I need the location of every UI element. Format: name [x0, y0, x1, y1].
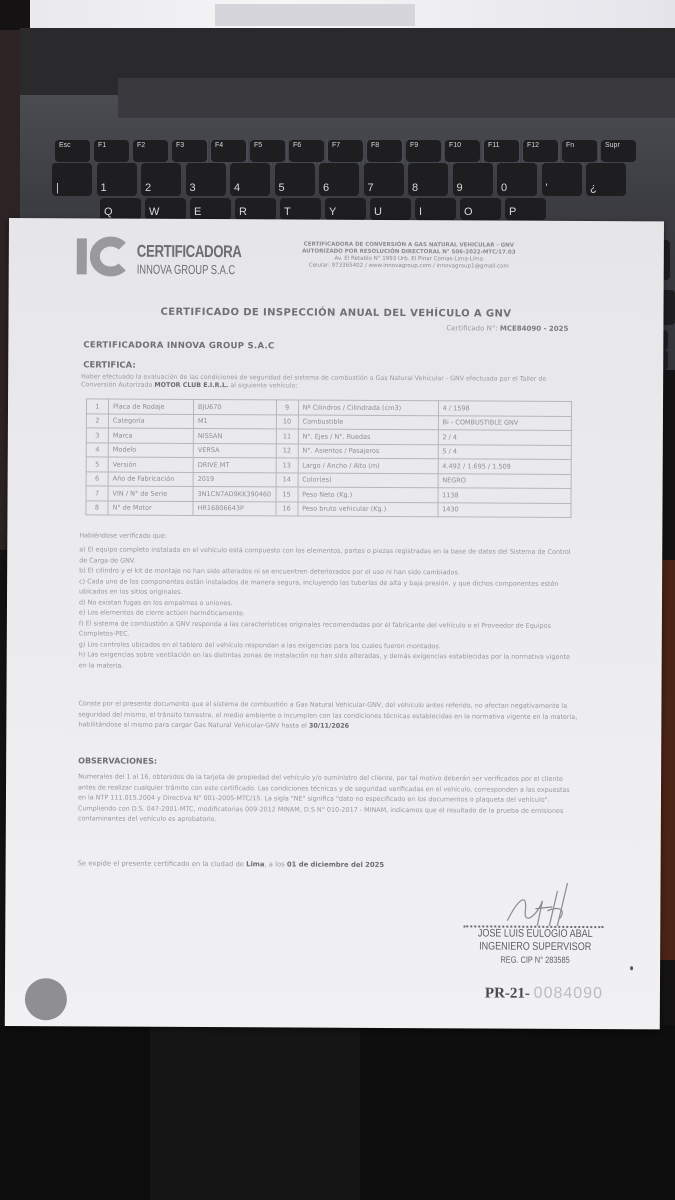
- issued-date: 01 de diciembre del 2025: [287, 860, 384, 869]
- vehicle-data-table: 1Placa de RodajeBJU6709Nº Cilindros / Ci…: [85, 398, 572, 518]
- keyboard-key: F7: [328, 140, 363, 162]
- keyboard-key: U: [370, 198, 411, 220]
- intro-text-end: al siguiente vehículo:: [228, 382, 297, 389]
- issued-text-mid: , a los: [264, 860, 286, 868]
- table-cell-n2: 10: [276, 414, 298, 429]
- table-cell-value2: 4 / 1598: [438, 401, 571, 416]
- table-cell-n1: 1: [86, 399, 108, 414]
- keyboard-key: 9: [453, 163, 493, 196]
- certificate-number: Certificado N°: MCE84090 - 2025: [446, 324, 568, 333]
- certifica-heading: CERTIFICA:: [83, 360, 136, 370]
- ig-logo-icon: [77, 236, 135, 276]
- table-cell-n1: 4: [86, 442, 108, 457]
- signer-stamp: JOSE LUIS EULOGIO ABAL INGENIERO SUPERVI…: [469, 927, 600, 966]
- table-cell-value1: DRIVE MT: [193, 457, 276, 472]
- keyboard-key: P: [505, 198, 546, 220]
- punch-hole: [25, 978, 67, 1020]
- serial-number: PR-21- 0084090: [485, 985, 603, 1004]
- table-cell-value2: Bi - COMBUSTIBLE GNV: [438, 415, 571, 430]
- keyboard-key: F3: [172, 140, 207, 162]
- keyboard-key: F9: [406, 140, 441, 162]
- table-cell-n2: 11: [276, 429, 298, 444]
- certificate-label: Certificado N°:: [446, 324, 497, 332]
- header-info: CERTIFICADORA DE CONVERSIÓN A GAS NATURA…: [264, 241, 554, 271]
- table-cell-n2: 9: [276, 400, 298, 415]
- table-cell-label1: Modelo: [108, 443, 193, 458]
- keyboard-key: ': [542, 163, 582, 196]
- table-cell-value1: NISSAN: [193, 428, 276, 443]
- keyboard-key: O: [460, 198, 501, 220]
- observations-heading: OBSERVACIONES:: [78, 756, 157, 765]
- company-name: CERTIFICADORA INNOVA GROUP S.A.C: [83, 340, 274, 351]
- table-cell-label1: VIN / N° de Serie: [108, 486, 193, 501]
- validity-paragraph: Conste por el presente documento que el …: [78, 698, 578, 732]
- keyboard-key: R: [235, 198, 276, 220]
- issued-text: Se expide el presente certificado en la …: [78, 859, 247, 868]
- keyboard-key: I: [415, 198, 456, 220]
- keyboard-key: |: [52, 163, 92, 196]
- table-cell-value2: 1430: [438, 502, 571, 517]
- paper-speck: [630, 966, 633, 970]
- emissions-text: Cumpliendo con D.S. 047-2001-MTC, modifi…: [78, 803, 578, 827]
- table-cell-n2: 13: [276, 458, 298, 473]
- keyboard-key: 4: [230, 163, 270, 196]
- keyboard-key: F5: [250, 140, 285, 162]
- verification-heading: Habiéndose verificado que:: [79, 530, 579, 543]
- keyboard-key: 5: [275, 163, 315, 196]
- intro-text: Haber efectuado la evaluación de las con…: [81, 373, 546, 388]
- table-cell-value1: 3N1CN7AD9KK390460: [193, 486, 276, 501]
- table-cell-value2: 1138: [438, 488, 571, 503]
- table-cell-label2: Peso bruto vehicular (Kg.): [298, 502, 438, 517]
- table-cell-value1: HR16806643P: [193, 501, 276, 516]
- signer-role: INGENIERO SUPERVISOR: [470, 940, 601, 954]
- keyboard-key: Supr: [601, 140, 636, 162]
- table-cell-n2: 16: [276, 501, 298, 516]
- signer-registration: REG. CIP N° 283585: [469, 953, 600, 966]
- table-cell-label1: Categoría: [108, 414, 193, 429]
- observations-text: Numerales del 1 al 16, obtenidos de la t…: [78, 771, 578, 805]
- laptop-screen-edge: [30, 0, 675, 30]
- keyboard-key: F4: [211, 140, 246, 162]
- laptop-hinge: [118, 78, 675, 118]
- list-item: a) El equipo completo instalado en el ve…: [79, 544, 579, 568]
- header-line: Celular: 973365402 / www.innovagroup.com…: [264, 262, 554, 271]
- keyboard-key: 6: [319, 163, 359, 196]
- table-cell-value2: 5 / 4: [438, 444, 571, 459]
- taskbar-icons: [215, 4, 415, 26]
- gnv-certificate-document: CERTIFICADORA INNOVA GROUP S.A.C CERTIFI…: [5, 218, 664, 1029]
- document-title: CERTIFICADO DE INSPECCIÓN ANUAL DEL VEHÍ…: [8, 306, 663, 320]
- table-cell-n1: 3: [86, 428, 108, 443]
- table-cell-label1: Versión: [108, 457, 193, 472]
- serial-prefix: PR-21-: [485, 986, 530, 1002]
- table-cell-value2: 2 / 4: [438, 430, 571, 445]
- observations-body: Numerales del 1 al 16, obtenidos de la t…: [78, 771, 578, 826]
- verification-list: a) El equipo completo instalado en el ve…: [79, 544, 580, 673]
- table-cell-n1: 6: [86, 471, 108, 486]
- table-cell-label2: N°. Asientos / Pasajeros: [298, 444, 438, 459]
- company-logo: CERTIFICADORA INNOVA GROUP S.A.C: [77, 233, 242, 284]
- table-cell-label2: N°. Ejes / N°. Ruedas: [298, 429, 438, 444]
- keyboard-key: Fn: [562, 140, 597, 162]
- workshop-name: MOTOR CLUB E.I.R.L.: [154, 382, 228, 389]
- table-cell-label2: Nº Cilindros / Cilindrada (cm3): [298, 400, 438, 415]
- keyboard-key: ¿: [586, 163, 626, 196]
- keyboard-key: F10: [445, 140, 480, 162]
- dark-surface: [0, 1025, 675, 1200]
- keyboard-key: F6: [289, 140, 324, 162]
- table-cell-n1: 5: [86, 457, 108, 472]
- keyboard-key: E: [190, 198, 231, 220]
- serial-value: 0084090: [534, 985, 603, 1002]
- table-cell-n2: 14: [276, 472, 298, 487]
- keyboard-key: 1: [97, 163, 137, 196]
- table-cell-label2: Color(es): [298, 473, 438, 488]
- table-cell-value1: BJU670: [193, 399, 276, 414]
- table-cell-n1: 2: [86, 413, 108, 428]
- table-cell-n2: 15: [276, 487, 298, 502]
- keyboard-key: 7: [364, 163, 404, 196]
- table-cell-value2: 4.492 / 1.695 / 1.509: [438, 459, 571, 474]
- table-row: 8N° de MotorHR16806643P16Peso bruto vehi…: [86, 500, 571, 517]
- issued-statement: Se expide el presente certificado en la …: [78, 858, 578, 871]
- table-cell-n2: 12: [276, 443, 298, 458]
- keyboard-key: 8: [408, 163, 448, 196]
- table-cell-n1: 7: [86, 486, 108, 501]
- keyboard-key: F12: [523, 140, 558, 162]
- shadow-fold: [150, 1025, 360, 1200]
- keyboard-key: T: [280, 198, 321, 220]
- table-cell-label1: Placa de Rodaje: [108, 399, 193, 414]
- intro-paragraph: Haber efectuado la evaluación de las con…: [81, 373, 561, 392]
- list-item: c) Cada uno de los componentes están ins…: [79, 576, 579, 600]
- keyboard-key: 0: [497, 163, 537, 196]
- keyboard-key: 3: [186, 163, 226, 196]
- table-cell-value2: NEGRO: [438, 473, 571, 488]
- keyboard-key: W: [145, 198, 186, 220]
- table-cell-label1: Marca: [108, 428, 193, 443]
- keyboard-key: Y: [325, 198, 366, 220]
- signature-icon: [497, 871, 597, 932]
- logo-brand-line2: INNOVA GROUP S.A.C: [137, 262, 236, 278]
- certificate-value: MCE84090 - 2025: [500, 325, 569, 333]
- table-cell-value1: 2019: [193, 472, 276, 487]
- table-cell-label2: Peso Neto (Kg.): [298, 487, 438, 502]
- keyboard-key: F8: [367, 140, 402, 162]
- keyboard-key: 2: [141, 163, 181, 196]
- keyboard-key: F11: [484, 140, 519, 162]
- table-cell-value1: VERSA: [193, 443, 276, 458]
- table-cell-value1: M1: [193, 414, 276, 429]
- keyboard-key: F1: [94, 140, 129, 162]
- keyboard-key: Esc: [55, 140, 90, 162]
- table-cell-label2: Combustible: [298, 415, 438, 430]
- table-cell-n1: 8: [86, 500, 108, 515]
- table-cell-label1: Año de Fabricación: [108, 472, 193, 487]
- list-item: f) El sistema de combustión a GNV respon…: [79, 618, 579, 642]
- valid-until-date: 30/11/2026: [309, 722, 349, 730]
- list-item: h) Las exigencias sobre ventilación en l…: [79, 649, 579, 673]
- table-cell-label1: N° de Motor: [108, 501, 193, 516]
- signer-name: JOSE LUIS EULOGIO ABAL: [470, 927, 601, 941]
- logo-brand-line1: CERTIFICADORA: [137, 242, 242, 263]
- issued-city: Lima: [246, 860, 264, 868]
- keyboard-key: F2: [133, 140, 168, 162]
- table-cell-label2: Largo / Ancho / Alto (m): [298, 458, 438, 473]
- keyboard-key: Q: [100, 198, 141, 220]
